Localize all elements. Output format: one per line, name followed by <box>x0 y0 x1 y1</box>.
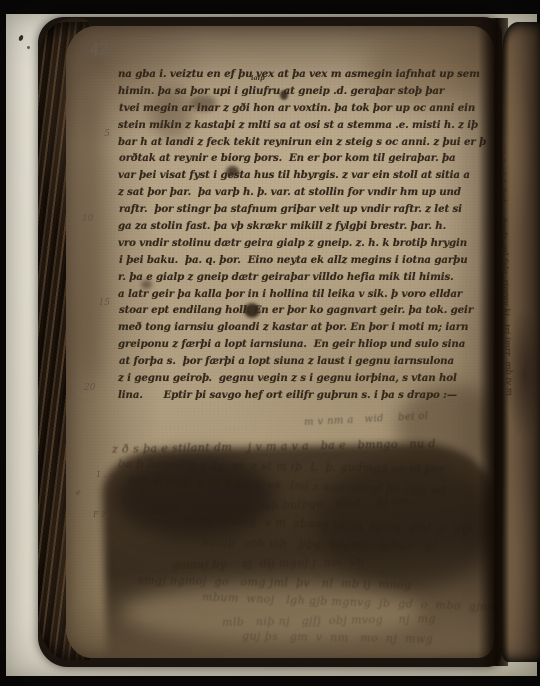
interlinear-gloss: ialp <box>251 74 265 82</box>
facing-page-text: mgilf fealld nis lyi. fu mi ai bdasf l f… <box>502 26 540 662</box>
manuscript-text-line: greiponu z færþi a lopt iarnsiuna. En ge… <box>118 336 468 353</box>
manuscript-text-line: z sat þor þar. þa varþ h. þ. var. at sto… <box>118 184 468 201</box>
illegible-scribble-line: ouiuþ onb mh bþg ndgmz jgbuz gf <box>202 536 436 553</box>
manuscript-text-line: með tong iarnsiu gloandi z kastar at þor… <box>118 319 468 336</box>
board-speck <box>27 46 30 49</box>
illegible-scribble-line: mbum wnoj lgh gjb mgnvg jb gd o mbo gjnm… <box>202 590 494 614</box>
stain <box>122 584 422 642</box>
illegible-scribble-line: z ð s þa e stilant dm j v m a v a ba e b… <box>112 437 436 456</box>
manuscript-text-line: bar h at landi z feck tekit reynirun ein… <box>118 134 468 151</box>
faint-margin-mark: 1 . <box>96 470 106 479</box>
line-number-column: 5101520 <box>86 26 110 426</box>
illegible-scribble-line: gomuj by sj dij mgnj j nm vij <box>172 555 365 571</box>
faint-margin-mark: F ? . <box>93 510 110 519</box>
line-number: 10 <box>82 214 110 224</box>
manuscript-text-line: tvei megin ar inar z gði hon ar voxtin. … <box>119 100 468 117</box>
manuscript-text-line: var þei visat fyst i gesta hus til hbyrg… <box>118 167 468 184</box>
manuscript-text-line: z i gegnu geiroþ. gegnu vegin z s i gegn… <box>118 370 468 387</box>
manuscript-text-line: raftr. þor stingr þa stafnum griþar velt… <box>119 201 468 218</box>
line-number: 20 <box>84 383 110 393</box>
manuscript-text-line: stein mikin z kastaþi z mlti sa at osi s… <box>118 117 468 134</box>
line-number: 15 <box>99 298 110 308</box>
manuscript-text-line: vro vndir stolinu dætr geira gialp z gne… <box>118 235 468 252</box>
manuscript-text-line: orðtak at reynir e biorg þors. En er þor… <box>119 150 468 167</box>
manuscript-text-line: lina. Eptir þi savgo hef ort eilifr guþr… <box>118 387 468 404</box>
large-dark-stain <box>101 441 494 658</box>
stain <box>114 454 274 538</box>
manuscript-text-line: stoar ept endilang holl. En er þor ko ga… <box>119 302 468 319</box>
illegible-scribble-line: julnj nmbng v m sbang iglug jglug gml o … <box>186 513 473 536</box>
illegible-scribble-line: ba þ bamnlig v dg m z st m iþ L þ. gudmg… <box>118 457 445 476</box>
illegible-scribble-line: smgj ngmoj go omg jml þv nl mb ij mnog <box>138 574 412 592</box>
illegible-scribble-line: nnu b sniþ o þl v þozt ok lmi z nuo mngi… <box>128 473 446 497</box>
manuscript-text-line: na gba i. veiztu en ef þu vex at þa vex … <box>118 66 468 83</box>
manuscript-text-line: ga za stolin fast. þa vþ skrækr mikill z… <box>118 218 468 235</box>
main-text-block: na gba i. veiztu en ef þu vex at þa vex … <box>118 66 468 404</box>
manuscript-text-line: a latr geir þa kalla þor in i hollina ti… <box>118 286 468 303</box>
manuscript-text-line: r. þa e gialp z gneip dætr geiraþar vill… <box>118 269 468 286</box>
manuscript-text-line: i þei baku. þa. q. þor. Eino neyta ek al… <box>119 252 468 269</box>
manuscript-text-line: himin. þa sa þor upi i gliufru at gneip … <box>118 83 468 100</box>
illegible-scribble-line: m v nm a wid bei ol <box>304 411 429 428</box>
line-number: 5 <box>104 129 110 139</box>
illegible-scribble-line: guj þs gm v nm mo nj mwg <box>242 629 433 645</box>
facing-page-edge: mgilf fealld nis lyi. fu mi ai bdasf l f… <box>502 22 540 662</box>
illegible-scribble-line: ninm nsuupndu wþ bulþgo nlod bj om <box>150 494 410 516</box>
manuscript-photo: 42 5101520 na gba i. veiztu en ef þu vex… <box>0 0 540 686</box>
manuscript-text-line: at forþa s. þor færþi a lopt siuna z lau… <box>119 353 468 370</box>
faint-margin-mark: e <box>76 488 81 497</box>
manuscript-page-verso: 42 5101520 na gba i. veiztu en ef þu vex… <box>66 26 494 658</box>
stain <box>316 458 494 588</box>
illegible-scribble-line: mlb niþ nj gjfj obj mvog nj mg <box>222 612 436 629</box>
